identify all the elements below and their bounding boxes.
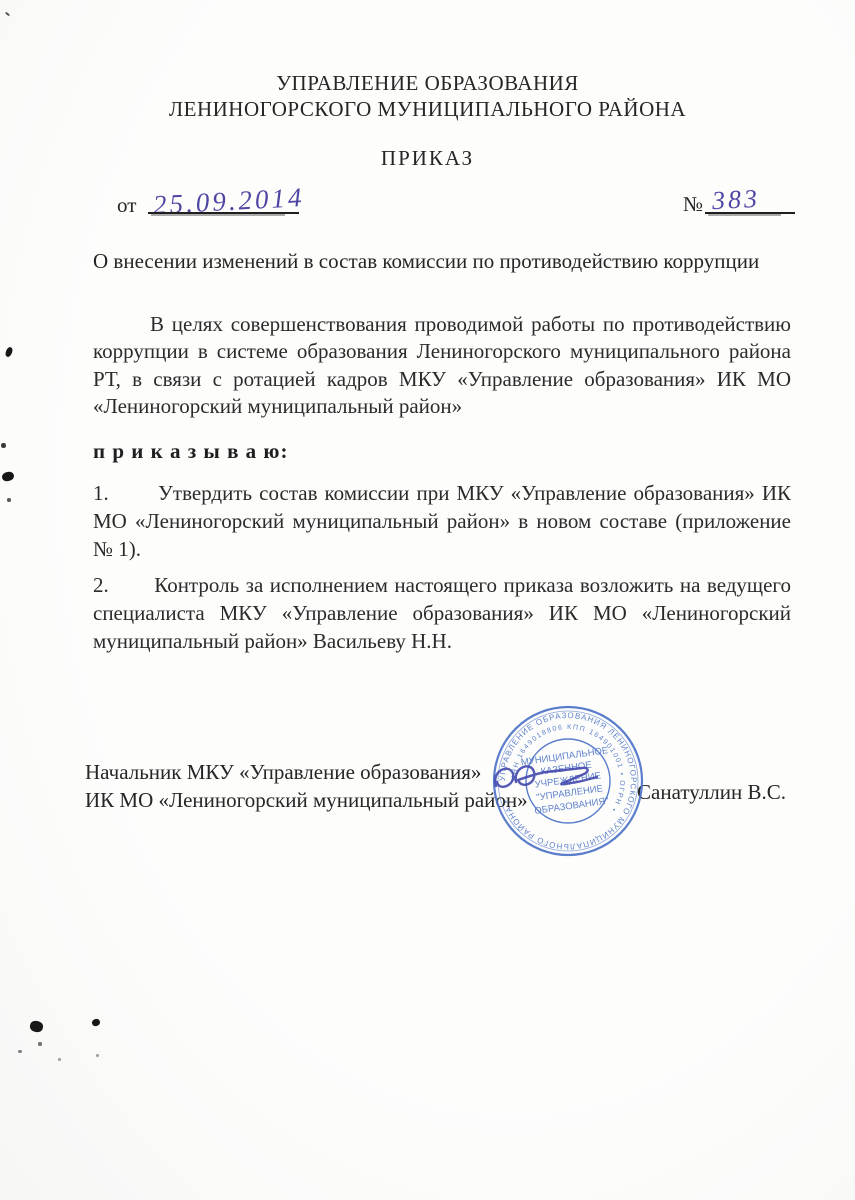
org-name-line2: ЛЕНИНОГОРСКОГО МУНИЦИПАЛЬНОГО РАЙОНА (0, 96, 855, 122)
ink-speck (1, 471, 15, 483)
decree-word: п р и к а з ы в а ю: (93, 439, 288, 464)
ink-speck (4, 346, 13, 358)
order-item-1: 1. Утвердить состав комиссии при МКУ «Уп… (93, 479, 791, 563)
scanned-order-document: УПРАВЛЕНИЕ ОБРАЗОВАНИЯ ЛЕНИНОГОРСКОГО МУ… (0, 0, 855, 1200)
ink-speck (96, 1054, 99, 1057)
ink-speck (58, 1058, 61, 1061)
order-item-2: 2. Контроль за исполнением настоящего пр… (93, 571, 791, 655)
number-underline (705, 212, 795, 214)
signatory-name: Санатуллин В.С. (637, 780, 786, 805)
letterhead: УПРАВЛЕНИЕ ОБРАЗОВАНИЯ ЛЕНИНОГОРСКОГО МУ… (0, 70, 855, 122)
handwritten-signature (486, 757, 616, 807)
ink-speck (91, 1018, 101, 1027)
ink-speck (1, 443, 6, 448)
ink-speck (7, 498, 11, 502)
org-name-line1: УПРАВЛЕНИЕ ОБРАЗОВАНИЯ (0, 70, 855, 96)
ink-speck (18, 1050, 22, 1053)
number-label: № (683, 192, 703, 217)
date-label: от (117, 193, 136, 218)
preamble-paragraph: В целях совершенствования проводимой раб… (93, 311, 791, 421)
ink-speck (38, 1042, 42, 1046)
ink-speck (29, 1020, 44, 1033)
order-subject: О внесении изменений в состав комиссии п… (93, 249, 793, 274)
doc-type-title: ПРИКАЗ (0, 146, 855, 171)
ink-speck (5, 12, 10, 17)
date-underline (148, 212, 299, 214)
